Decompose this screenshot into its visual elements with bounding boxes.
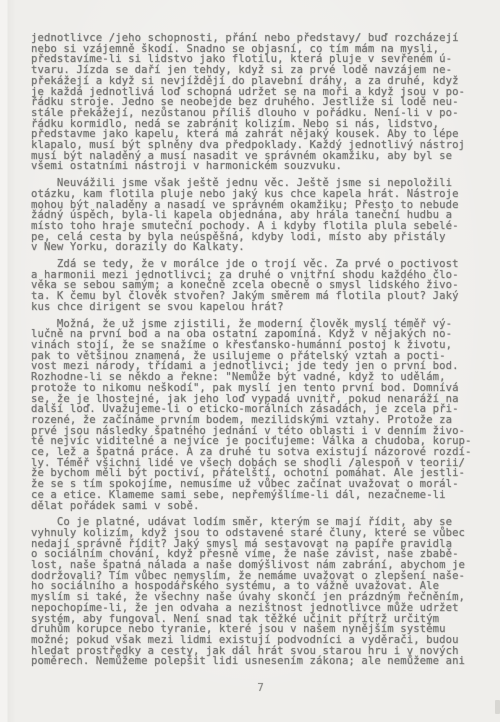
- paragraph-3: Zdá se tedy, že v morálce jde o trojí vě…: [31, 259, 490, 313]
- page-number: 7: [31, 681, 490, 694]
- paragraph-2: Neuvážili jsme však ještě jednu věc. Ješ…: [31, 178, 490, 253]
- paragraph-5: Co je platné, udávat lodím směr, kterým …: [31, 517, 490, 667]
- paragraph-4: Možná, že už jsme zjistili, že moderní č…: [31, 319, 490, 512]
- scanned-page: jednotlivce /jeho schopnosti, přání nebo…: [0, 0, 500, 722]
- body-text: jednotlivce /jeho schopnosti, přání nebo…: [31, 33, 490, 667]
- paragraph-1: jednotlivce /jeho schopnosti, přání nebo…: [31, 33, 490, 172]
- scan-edge-artifact: [495, 700, 500, 714]
